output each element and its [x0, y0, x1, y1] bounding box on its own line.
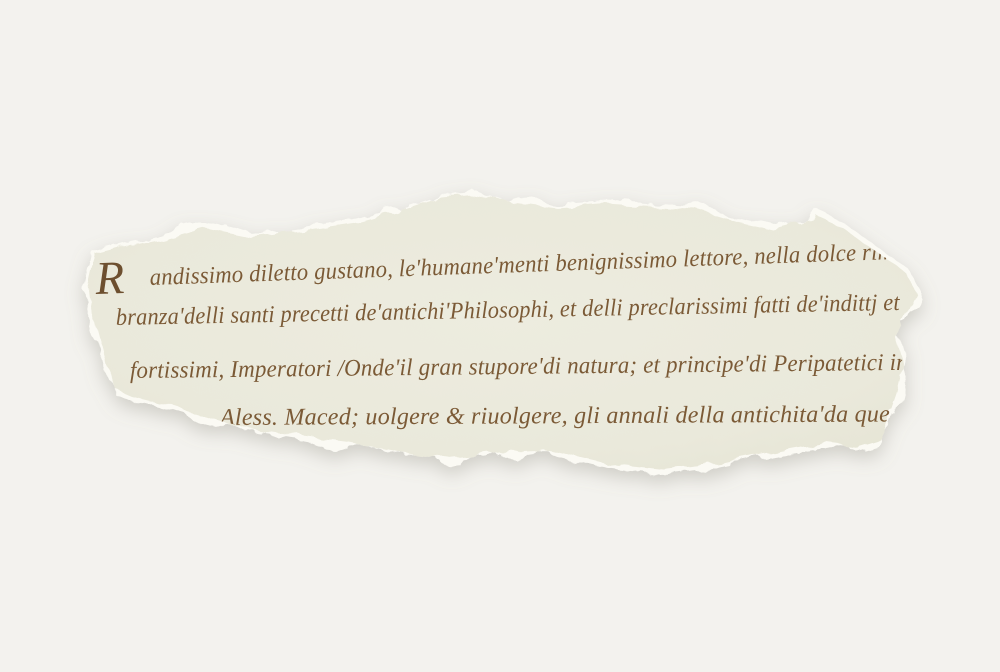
calligraphy-line-4: Aless. Maced; uolgere & riuolgere, gli a… — [218, 401, 890, 431]
torn-manuscript-scene: R andissimo diletto gustano, le'humane'm… — [0, 0, 1000, 672]
calligraphy-drop-initial: R — [94, 252, 126, 305]
page-background: R andissimo diletto gustano, le'humane'm… — [0, 0, 1000, 672]
